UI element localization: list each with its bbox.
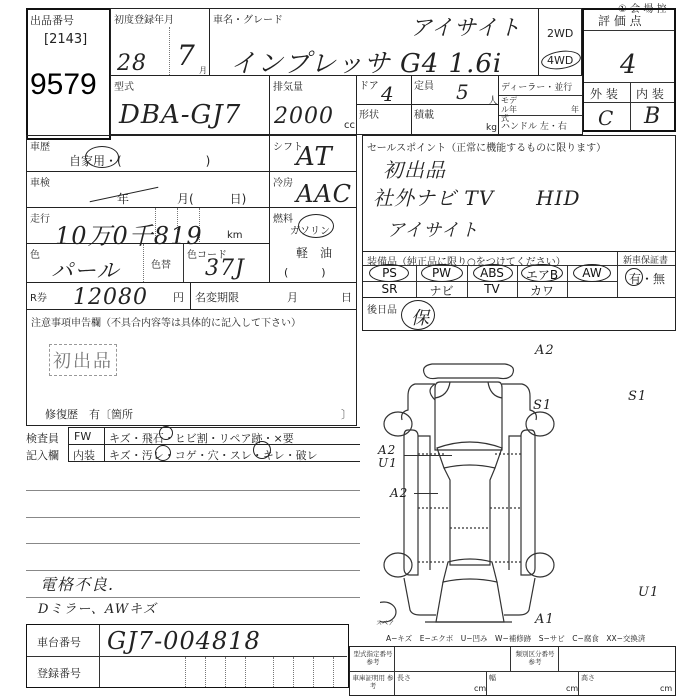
model-code: DBA-GJ7 bbox=[119, 100, 241, 130]
ac-box: 冷房 AAC bbox=[269, 171, 357, 208]
doors-box: ドア 4 bbox=[356, 75, 412, 105]
damage-legend: A−キズ E−エクボ U−凹み W−補修跡 S−サビ C−腐食 XX−交換済 bbox=[386, 633, 645, 644]
displacement-box: 排気量 2000 cc bbox=[269, 75, 357, 135]
drive-box: 2WD 4WD bbox=[538, 8, 582, 76]
car-name-label: 車名・グレード bbox=[213, 11, 283, 26]
displacement: 2000 bbox=[274, 104, 334, 129]
later-items-box: 後日品 保 bbox=[362, 297, 676, 331]
lot-number: 9579 bbox=[30, 68, 97, 102]
interior-value: B bbox=[644, 104, 661, 129]
sales-point-1: 初出品 bbox=[383, 154, 446, 183]
interior-items: キズ・汚レ・コゲ・穴・スレ・キレ・破レ bbox=[109, 447, 318, 463]
equipment-box: 装備品（純正品に限り○をつけてください） 新車保証書 PS PW ABS エアB… bbox=[362, 251, 676, 298]
fuel-box: 燃料 ガソリン 軽 油 ( ) bbox=[269, 207, 357, 283]
exterior-value: C bbox=[598, 106, 614, 130]
recycle-value: 12080 bbox=[73, 285, 148, 310]
shift-box: シフト AT bbox=[269, 135, 357, 172]
recycle-box: R券 12080 円 bbox=[26, 282, 191, 310]
comment-line-4: 電格不良. bbox=[40, 572, 114, 595]
mark-left-rear-door: A2 bbox=[390, 486, 408, 500]
first-reg-label: 初度登録年月 bbox=[114, 11, 174, 26]
grade-box: 評 価 点 4 外 装 内 装 C B bbox=[582, 8, 676, 132]
shift: AT bbox=[296, 142, 333, 172]
name-change-box: 名変期限 月 日 bbox=[190, 282, 357, 310]
car-name-box: 車名・グレード アイサイト インプレッサ G4 1.6i bbox=[209, 8, 539, 76]
sales-points-label: セールスポイント（正常に機能するものに限ります） bbox=[367, 139, 606, 154]
mark-right-rear-quarter: U1 bbox=[638, 585, 659, 600]
comment-line-5: Dミラー、AWキズ bbox=[38, 598, 157, 617]
drive-2wd: 2WD bbox=[547, 27, 573, 40]
capacity-box: 定員 5 人 bbox=[411, 75, 499, 105]
notes-label: 注意事項申告欄（不具合内容等は具体的に記入して下さい） bbox=[31, 314, 301, 329]
lot-label: 出品番号 bbox=[30, 12, 74, 28]
lot-sub: [2143] bbox=[44, 32, 87, 47]
mark-left-front-door: A2 U1 bbox=[378, 444, 402, 470]
chassis-value: GJ7-004818 bbox=[107, 627, 261, 655]
sales-point-2: 社外ナビ TV HID bbox=[373, 182, 581, 211]
grade-value: 4 bbox=[620, 50, 638, 80]
mark-hood: S1 bbox=[533, 398, 552, 413]
exterior-label: 外 装 bbox=[590, 85, 618, 102]
equip-sr: SR bbox=[363, 282, 416, 296]
mark-front-bumper: A2 bbox=[535, 343, 555, 358]
color: パール bbox=[51, 254, 120, 285]
history-box: 車歴 自家用・( ) bbox=[26, 135, 270, 172]
ac: AAC bbox=[296, 180, 352, 208]
drive-selected-circle bbox=[540, 48, 582, 71]
car-damage-diagram bbox=[380, 340, 680, 625]
model-code-box: 型式 DBA-GJ7 bbox=[110, 75, 270, 135]
notes-box: 注意事項申告欄（不具合内容等は具体的に記入して下さい） 初出品 修復歴 有〔箇所… bbox=[26, 309, 357, 426]
model-code-label: 型式 bbox=[114, 78, 134, 93]
car-name-note: アイサイト bbox=[410, 11, 521, 42]
mark-rear-bumper: A1 bbox=[535, 612, 555, 627]
color-code: 37J bbox=[205, 256, 245, 281]
dealer-box: ディーラー・並行 モデル年式 年 ハンドル 左・右 bbox=[498, 75, 583, 135]
inspection-box: 車検 年 月( 日) bbox=[26, 171, 270, 208]
spec-reference-table: 型式指定番号 参考 類別区分番号 参考 車庫証明用 参考 長さ cm 幅 cm … bbox=[349, 646, 676, 696]
chassis-box: 車台番号 GJ7-004818 登録番号 bbox=[26, 624, 349, 688]
mark-right-front-fender: S1 bbox=[628, 389, 647, 404]
sales-points-box: セールスポイント（正常に機能するものに限ります） 初出品 社外ナビ TV HID… bbox=[362, 135, 676, 252]
equip-tv: TV bbox=[467, 282, 517, 296]
history-circle bbox=[85, 146, 119, 168]
capacity: 5 bbox=[456, 80, 470, 104]
lot-box: 出品番号 [2143] 9579 bbox=[26, 8, 111, 140]
first-reg-month: 7 bbox=[177, 39, 196, 72]
first-registration-box: 初度登録年月 28 7 月 bbox=[110, 8, 210, 76]
notes-stamp: 初出品 bbox=[49, 344, 117, 376]
color-box: 色 パール 色替 色コード 37J bbox=[26, 243, 270, 283]
first-reg-year: 28 bbox=[117, 51, 147, 76]
sales-point-3: アイサイト bbox=[387, 216, 479, 242]
interior-label: 内 装 bbox=[636, 85, 664, 102]
mileage-box: 走行 10万0千819 km bbox=[26, 207, 270, 244]
grade-label: 評 価 点 bbox=[598, 12, 642, 29]
doors: 4 bbox=[381, 82, 395, 106]
